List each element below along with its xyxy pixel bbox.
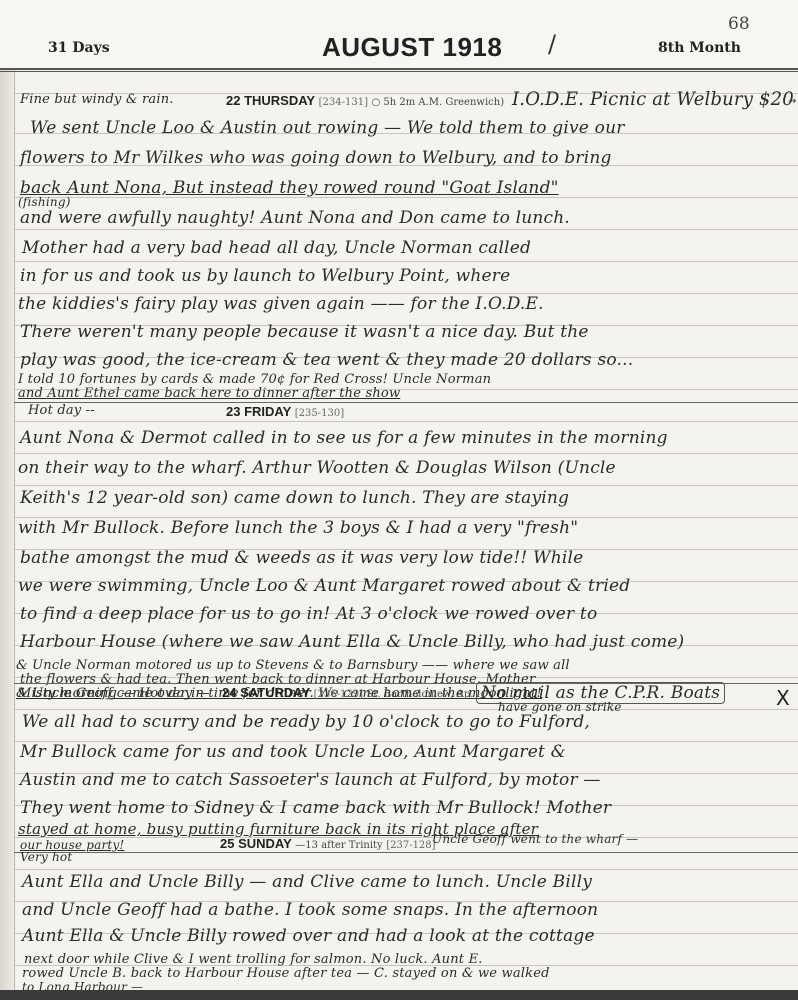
entry-line: next door while Clive & I went trolling … bbox=[24, 952, 483, 967]
entry-line: Mother had a very bad head all day, Uncl… bbox=[22, 238, 531, 258]
entry-line: and Uncle Geoff had a bathe. I took some… bbox=[22, 900, 598, 920]
entry-line: There weren't many people because it was… bbox=[20, 322, 589, 342]
day-divider bbox=[14, 852, 798, 853]
entry-line: on their way to the wharf. Arthur Wootte… bbox=[18, 458, 616, 478]
pencil-slash-mark: / bbox=[548, 30, 556, 58]
entry-line: Mr Bullock came for us and took Uncle Lo… bbox=[20, 742, 566, 762]
day-label: 24 SATURDAY bbox=[222, 685, 310, 700]
header-rule bbox=[0, 68, 798, 72]
page-number: 68 bbox=[728, 14, 750, 34]
entry-line: to find a deep place for us to go in! At… bbox=[20, 604, 597, 624]
entry-line: Harbour House (where we saw Aunt Ella & … bbox=[20, 632, 684, 652]
entry-line: back Aunt Nona, But instead they rowed r… bbox=[20, 178, 559, 198]
arrow-mark: → bbox=[788, 96, 796, 107]
day-count: [237-128] bbox=[386, 840, 435, 851]
page-bottom-edge bbox=[0, 990, 798, 1000]
entry-line: with Mr Bullock. Before lunch the 3 boys… bbox=[18, 518, 578, 538]
diary-page: 68 31 Days AUGUST 1918 / 8th Month Fine … bbox=[0, 0, 798, 1000]
entry-line: Aunt Ella & Uncle Billy rowed over and h… bbox=[22, 926, 595, 946]
entry-line: we were swimming, Uncle Loo & Aunt Marga… bbox=[18, 576, 630, 596]
saint-day-note: St. Bartholomew, Ap. bbox=[367, 689, 474, 700]
day-count: [235-130] bbox=[295, 408, 344, 419]
entry-line: and were awfully naughty! Aunt Nona and … bbox=[20, 208, 570, 228]
day-label: 25 SUNDAY bbox=[220, 836, 292, 851]
day-count: [234-131] bbox=[319, 97, 368, 108]
entry-line: rowed Uncle B. back to Harbour House aft… bbox=[22, 966, 550, 981]
entry-line: We all had to scurry and be ready by 10 … bbox=[22, 712, 590, 732]
entry-line: They went home to Sidney & I came back w… bbox=[20, 798, 611, 818]
entry-line: and Aunt Ethel came back here to dinner … bbox=[18, 386, 400, 401]
entry-line: Aunt Nona & Dermot called in to see us f… bbox=[20, 428, 668, 448]
x-mark: X bbox=[776, 686, 790, 710]
weather-note: Very hot bbox=[20, 850, 72, 864]
month-number-label: 8th Month bbox=[658, 40, 741, 56]
entry-line: flowers to Mr Wilkes who was going down … bbox=[20, 148, 612, 168]
entry-line: Aunt Ella and Uncle Billy — and Clive ca… bbox=[22, 872, 592, 892]
entry-line: Keith's 12 year-old son) came down to lu… bbox=[20, 488, 569, 508]
weather-note: Fine but windy & rain. bbox=[20, 92, 174, 107]
day-label: 23 FRIDAY bbox=[226, 404, 291, 419]
weather-note: Hot day -- bbox=[28, 403, 95, 418]
day-count: [236-129] bbox=[314, 689, 363, 700]
church-calendar-note: —13 after Trinity bbox=[295, 840, 382, 851]
day-header: 24 SATURDAY [236-129] St. Bartholomew, A… bbox=[222, 685, 473, 700]
days-label: 31 Days bbox=[48, 40, 110, 56]
entry-line: & Uncle Norman motored us up to Stevens … bbox=[16, 658, 570, 673]
day-header: 22 THURSDAY [234-131] ○ 5h 2m A.M. Green… bbox=[226, 93, 504, 108]
entry-line: play was good, the ice-cream & tea went … bbox=[20, 350, 633, 370]
weather-note: Misty morning — Hot day — bbox=[18, 686, 210, 701]
day-label: 22 THURSDAY bbox=[226, 93, 315, 108]
day-header: 23 FRIDAY [235-130] bbox=[226, 404, 344, 419]
entry-line: the kiddies's fairy play was given again… bbox=[18, 294, 544, 314]
entry-line: Austin and me to catch Sassoeter's launc… bbox=[20, 770, 601, 790]
margin-note: (fishing) bbox=[18, 195, 71, 209]
page-binding-edge bbox=[0, 0, 15, 1000]
month-title: AUGUST 1918 bbox=[322, 32, 502, 63]
entry-line: I told 10 fortunes by cards & made 70¢ f… bbox=[18, 372, 491, 387]
entry-line: We sent Uncle Loo & Austin out rowing — … bbox=[30, 118, 625, 138]
entry-line: in for us and took us by launch to Welbu… bbox=[20, 266, 510, 286]
day-header: 25 SUNDAY —13 after Trinity [237-128] bbox=[220, 836, 436, 851]
aside-note: Uncle Geoff went to the wharf — bbox=[432, 832, 638, 846]
moon-phase-note: ○ 5h 2m A.M. Greenwich) bbox=[371, 97, 504, 108]
entry-line: bathe amongst the mud & weeds as it was … bbox=[20, 548, 583, 568]
day-divider bbox=[14, 402, 798, 403]
title-note: I.O.D.E. Picnic at Welbury $20 bbox=[512, 88, 794, 110]
